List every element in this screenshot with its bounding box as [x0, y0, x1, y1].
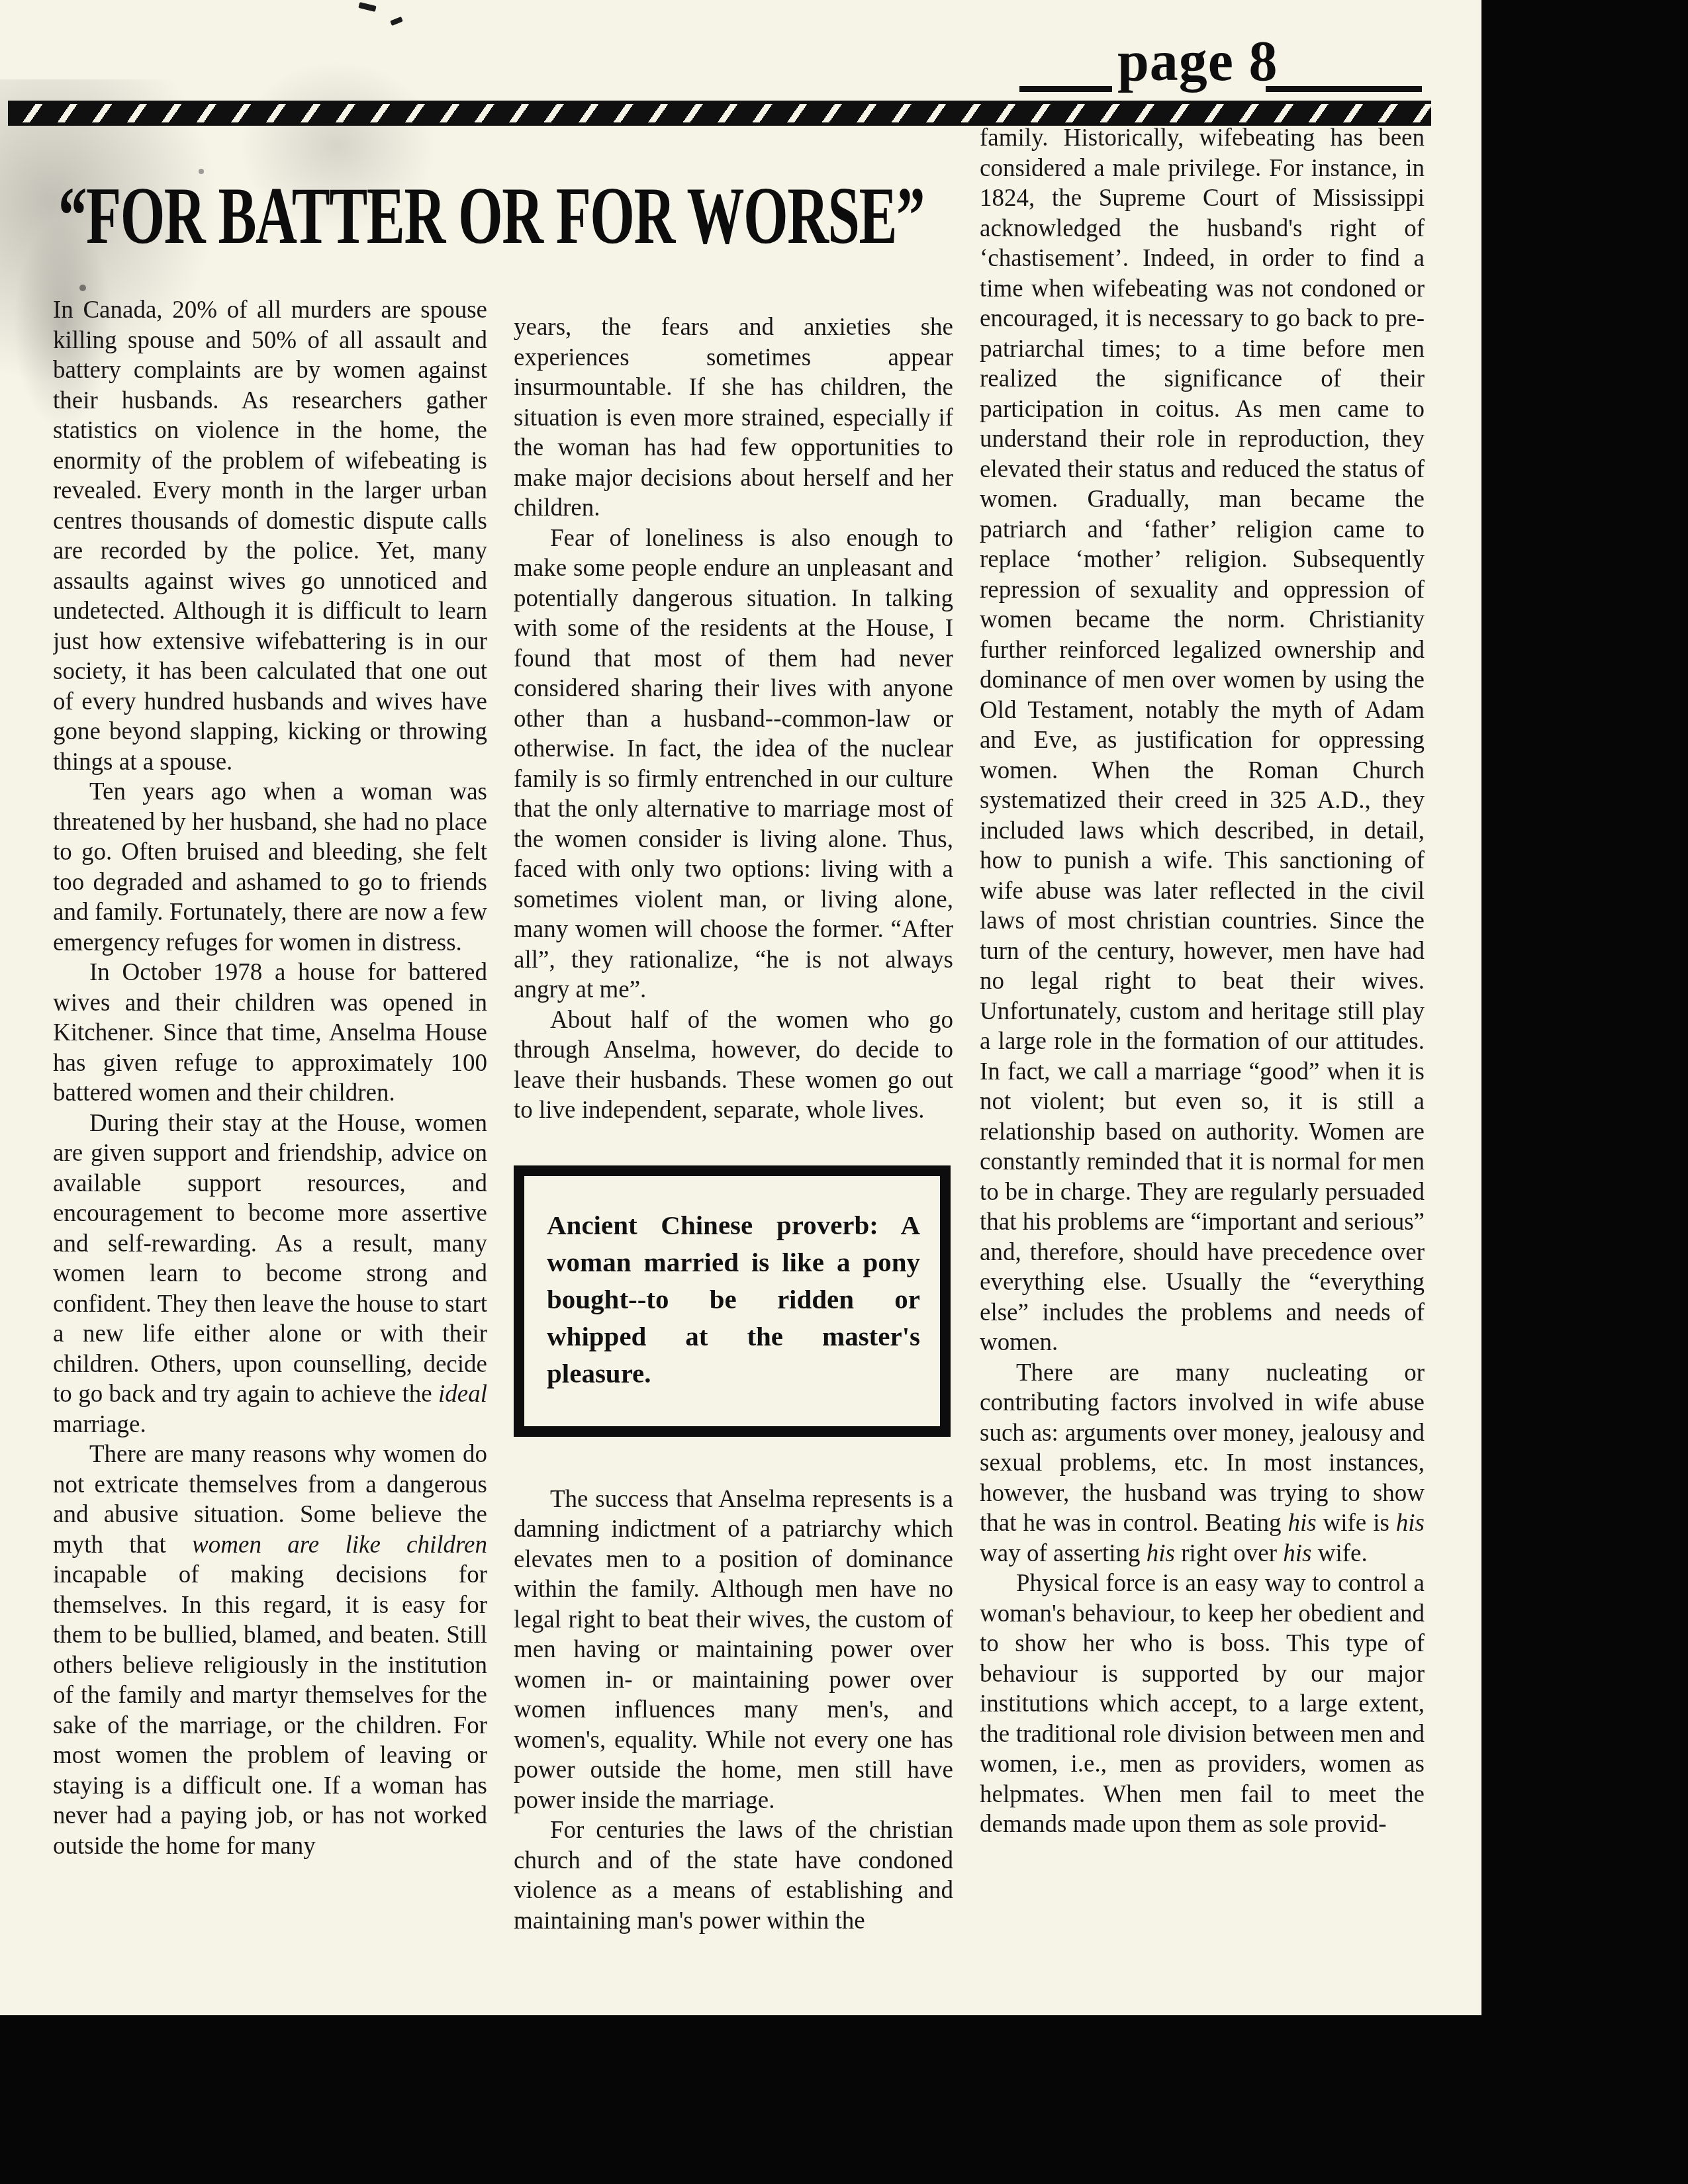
scan-edge-right: [1481, 0, 1688, 2184]
proverb-box: Ancient Chinese proverb: A woman married…: [514, 1165, 951, 1437]
scan-edge-bottom: [0, 2015, 1688, 2184]
scan-speck: [79, 285, 86, 291]
scan-speck: [390, 17, 403, 26]
page-number-label: page 8: [1117, 28, 1278, 94]
newspaper-page: page 8 “FOR BATTER OR FOR WORSE” In Cana…: [0, 0, 1481, 2015]
paragraph: In October 1978 a house for battered wiv…: [53, 958, 487, 1109]
scan-speck: [358, 2, 376, 12]
paragraph: For centuries the laws of the christian …: [514, 1815, 953, 1936]
paragraph: Ten years ago when a woman was threatene…: [53, 777, 487, 958]
text-column-3: family. Historically, wifebeating has be…: [980, 123, 1425, 1986]
paragraph: Fear of loneliness is also enough to mak…: [514, 523, 953, 1005]
article-headline-text: “FOR BATTER OR FOR WORSE”: [58, 171, 924, 263]
paragraph: There are many nucleating or contributin…: [980, 1358, 1425, 1569]
paragraph: Physical force is an easy way to control…: [980, 1569, 1425, 1840]
paragraph: About half of the women who go through A…: [514, 1005, 953, 1126]
text-column-1: In Canada, 20% of all murders are spouse…: [53, 295, 487, 1963]
rope-border: [8, 101, 1431, 126]
paragraph: family. Historically, wifebeating has be…: [980, 123, 1425, 1358]
page-label-rule-right: [1266, 86, 1422, 92]
paragraph: During their stay at the House, women ar…: [53, 1109, 487, 1440]
article-headline: “FOR BATTER OR FOR WORSE”: [58, 171, 962, 270]
text-column-2: years, the fears and anxieties she exper…: [514, 312, 953, 1970]
paragraph: years, the fears and anxieties she exper…: [514, 312, 953, 523]
paragraph: There are many reasons why women do not …: [53, 1439, 487, 1861]
page-label-rule-left: [1019, 86, 1112, 92]
paragraph: The success that Anselma represents is a…: [514, 1484, 953, 1816]
paragraph: In Canada, 20% of all murders are spouse…: [53, 295, 487, 777]
